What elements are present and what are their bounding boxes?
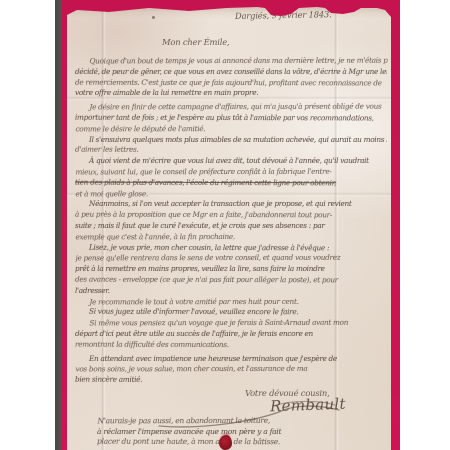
- salutation: Mon cher Émile,: [162, 37, 229, 47]
- letter-photo: Dargiés, 9 février 1843. Mon cher Émile,…: [0, 0, 450, 450]
- letter-line: tien des plaids à plus d'avances, l'écol…: [75, 177, 387, 189]
- letter-line: importuner tant de fois ; et je l'espère…: [75, 113, 387, 125]
- letter-line: Néanmoins, si l'on veut accepter la tran…: [75, 199, 387, 210]
- letter-line: En attendant avec impatience une heureus…: [75, 354, 387, 365]
- letter-paper: Dargiés, 9 février 1843. Mon cher Émile,…: [67, 6, 391, 450]
- letter-line: suite ; mais il faut que le curé l'exécu…: [75, 221, 387, 232]
- letter-line: À quoi vient de m'écrire que vous lui av…: [75, 156, 387, 167]
- letter-line: Quoique d'un bout de temps je vous ai an…: [75, 56, 387, 68]
- ink-blot: [152, 16, 155, 19]
- letter-line: décidé, de peur de gêner, ce que vous en…: [75, 67, 387, 78]
- letter-line: mieux, suivant lui, que le conseil de pr…: [75, 167, 387, 179]
- letter-line: je pense qu'elle rentrera dans le sens d…: [75, 253, 387, 265]
- letter-line: prêt à la remettre en mains propres, veu…: [75, 264, 387, 275]
- signature: Rembault: [270, 395, 346, 416]
- letter-line: Je désire en finir de cette campagne d'a…: [75, 102, 387, 114]
- wax-seal-remnant: [219, 435, 232, 450]
- letter-line: d'aimer les lettres.: [75, 145, 387, 157]
- letter-line: Si même vous pensiez qu'un voyage que je…: [75, 318, 387, 330]
- letter-line: et à moi quelle glose.: [75, 188, 387, 200]
- letter-body: Quoique d'un bout de temps je vous ai an…: [75, 56, 387, 386]
- letter-line: exemple que c'est à l'année, à la fin pr…: [75, 231, 387, 243]
- letter-line: remontrant la difficulté des communicati…: [75, 339, 387, 351]
- letter-line: comme le désire le député de l'amitié.: [75, 123, 387, 135]
- letter-line: l'adresser.: [75, 286, 387, 297]
- letter-line: à peu près à la proposition que ce Mgr e…: [75, 210, 387, 222]
- letter-line: votre offre aimable de la lui remettre e…: [75, 88, 387, 99]
- letter-line: de remerciements. C'est juste ce que je …: [75, 77, 387, 89]
- letter-line: départ d'ici peut être utile au succès d…: [75, 329, 387, 340]
- letter-line: des avances - enveloppe (ce que je n'ai …: [75, 275, 387, 287]
- letter-line: N'aurais-je pas aussi, en abandonnant la…: [97, 416, 347, 427]
- letter-line: bien sincère amitié.: [75, 375, 387, 387]
- mat-left-edge-shadow: [55, 0, 61, 450]
